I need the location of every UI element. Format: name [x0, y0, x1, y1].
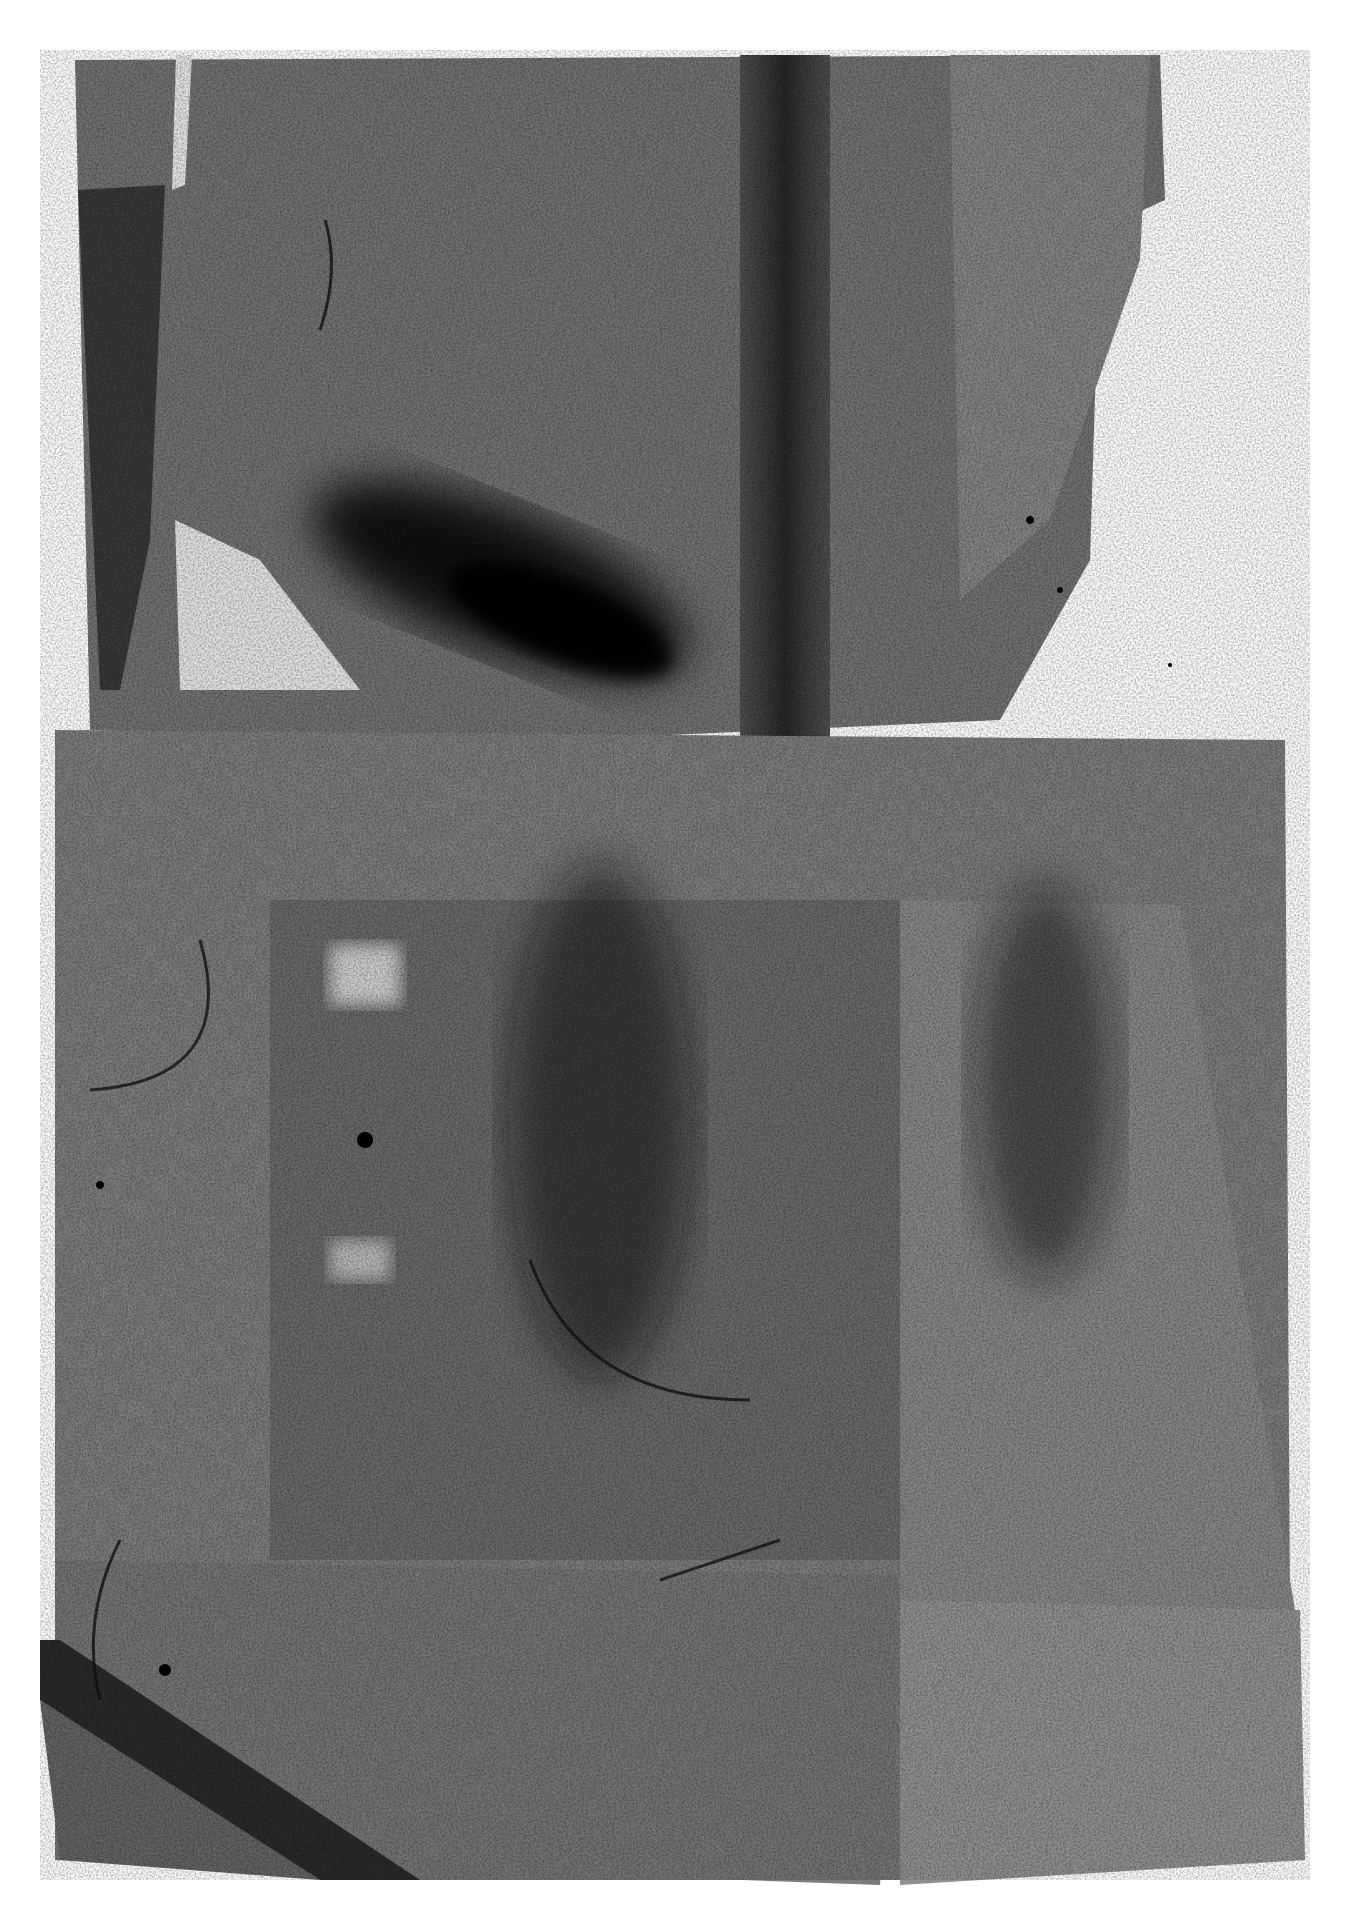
abstract-print	[0, 0, 1360, 1925]
